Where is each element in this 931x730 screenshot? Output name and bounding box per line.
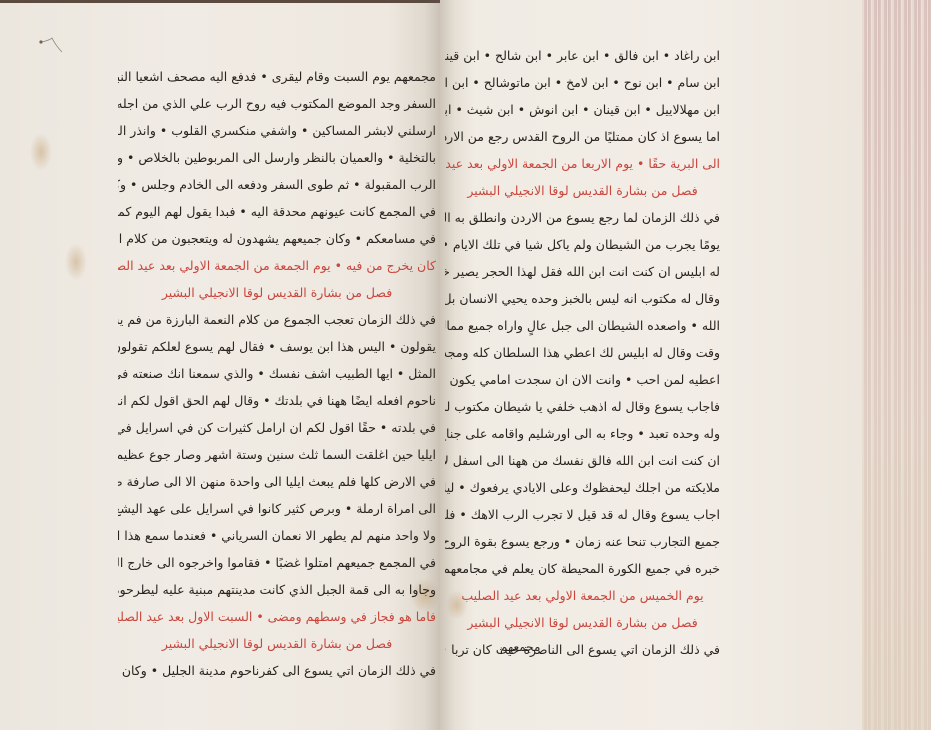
text-line: وله وحده تعبد • وجاء به الى اورشليم واقا…: [445, 420, 720, 447]
text-line: يومًا يجرب من الشيطان ولم ياكل شيا في تل…: [445, 231, 720, 258]
text-line: ابن سام • ابن نوح • ابن لامخ • ابن ماتوش…: [445, 69, 720, 96]
text-line: له ابليس ان كنت انت ابن الله فقل لهذا ال…: [445, 258, 720, 285]
rubric-heading: فصل من بشارة القديس لوقا الانجيلي البشير: [445, 609, 720, 636]
text-line: جميع التجارب تنحا عنه زمان • ورجع يسوع ب…: [445, 528, 720, 555]
text-line: ان كنت انت ابن الله فالق نفسك من ههنا ال…: [445, 447, 720, 474]
left-page: مجمعهم يوم السبت وقام ليقرى • فدفع اليه …: [0, 3, 440, 730]
right-page-text: ابن راغاد • ابن فالق • ابن عابر • ابن شا…: [445, 42, 720, 663]
text-line: بالتخلية • والعميان بالنظر وارسل الى الم…: [118, 144, 436, 171]
text-line: الرب المقبولة • ثم طوى السفر ودفعه الى ا…: [118, 171, 436, 198]
text-line: وقت وقال له ابليس لك اعطي هذا السلطان كل…: [445, 339, 720, 366]
text-line: اعطيه لمن احب • وانت الان ان سجدت امامي …: [445, 366, 720, 393]
text-line: الله • واصعده الشيطان الى جبل عالٍ واراه…: [445, 312, 720, 339]
text-line: الى امراة ارملة • وبرص كثير كانوا في اسر…: [118, 495, 436, 522]
rubric-heading: يوم الخميس من الجمعة الاولي بعد عيد الصل…: [445, 582, 720, 609]
paper-stain: [30, 133, 52, 171]
text-line: ايليا حين اغلقت السما ثلث سنين وستة اشهر…: [118, 441, 436, 468]
rubric-heading: فصل من بشارة القديس لوقا الانجيلي البشير: [118, 630, 436, 657]
text-line: وقال له مكتوب انه ليس بالخبز وحده يحيي ا…: [445, 285, 720, 312]
text-line: في ذلك الزمان اتي يسوع الى كفرناحوم مدين…: [118, 657, 436, 684]
text-line: في مسامعكم • وكان جميعهم يشهدون له ويتعج…: [118, 225, 436, 252]
gutter: [425, 0, 455, 730]
rubric-heading: فصل من بشارة القديس لوقا الانجيلي البشير: [445, 177, 720, 204]
left-page-text: مجمعهم يوم السبت وقام ليقرى • فدفع اليه …: [118, 63, 436, 684]
text-line: وجاوا به الى قمة الجبل الذي كانت مدينتهم…: [118, 576, 436, 603]
right-page: ابن راغاد • ابن فالق • ابن عابر • ابن شا…: [440, 0, 865, 730]
page-edges-stack: [862, 0, 931, 730]
text-line: في ذلك الزمان اتي يسوع الى الناصرة حيث ك…: [445, 636, 720, 663]
text-line: اما يسوع اذ كان ممتليًا من الروح القدس ر…: [445, 123, 720, 150]
rubric-heading: فصل من بشارة القديس لوقا الانجيلي البشير: [118, 279, 436, 306]
text-line: ولا واحد منهم لم يطهر الا نعمان السرياني…: [118, 522, 436, 549]
text-line: في الارض كلها فلم يبعث ايليا الى واحدة م…: [118, 468, 436, 495]
paper-stain: [65, 243, 87, 281]
text-line: في ذلك الزمان لما رجع يسوع من الاردن وان…: [445, 204, 720, 231]
text-line: في المجمع كانت عيونهم محدقة اليه • فبدا …: [118, 198, 436, 225]
text-line: ابن راغاد • ابن فالق • ابن عابر • ابن شا…: [445, 42, 720, 69]
text-line: ارسلني لابشر المساكين • واشفي منكسري الق…: [118, 117, 436, 144]
text-line: ملايكته من اجلك ليحفظوك وعلى الايادي يرف…: [445, 474, 720, 501]
text-line: في بلدته • حقًا اقول لكم ان ارامل كثيرات…: [118, 414, 436, 441]
text-line: في المجمع جميعهم امتلوا غضبًا • فقاموا و…: [118, 549, 436, 576]
pencil-mark-icon: [38, 36, 68, 58]
rubric-line: فاما هو فجاز في وسطهم ومضى • السبت الاول…: [118, 603, 436, 630]
rubric-line: الى البرية حقًا • يوم الاربعا من الجمعة …: [445, 150, 720, 177]
text-line: السفر وجد الموضع المكتوب فيه روح الرب عل…: [118, 90, 436, 117]
rubric-line: كان يخرج من فيه • يوم الجمعة من الجمعة ا…: [118, 252, 436, 279]
text-line: مجمعهم يوم السبت وقام ليقرى • فدفع اليه …: [118, 63, 436, 90]
text-line: المثل • ايها الطبيب اشف نفسك • والذي سمع…: [118, 360, 436, 387]
text-line: في ذلك الزمان تعجب الجموع من كلام النعمة…: [118, 306, 436, 333]
text-line: اجاب يسوع وقال له قد قيل لا تجرب الرب ال…: [445, 501, 720, 528]
text-line: ناحوم افعله ايضًا ههنا في بلدتك • وقال ل…: [118, 387, 436, 414]
catchword: مجمعهم: [500, 640, 540, 654]
text-line: ابن مهلالاييل • ابن قينان • ابن انوش • ا…: [445, 96, 720, 123]
text-line: خبره في جميع الكورة المحيطة كان يعلم في …: [445, 555, 720, 582]
text-line: فاجاب يسوع وقال له اذهب خلفي يا شيطان مك…: [445, 393, 720, 420]
text-line: يقولون • اليس هذا ابن يوسف • فقال لهم يس…: [118, 333, 436, 360]
manuscript-spread: مجمعهم يوم السبت وقام ليقرى • فدفع اليه …: [0, 0, 931, 730]
